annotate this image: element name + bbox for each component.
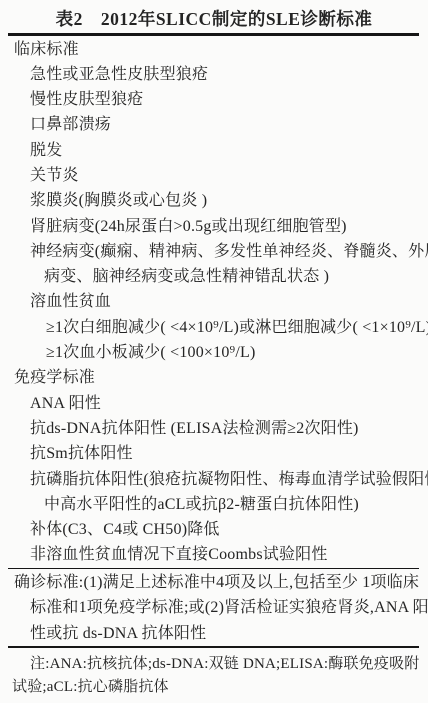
criteria-row-continued: 中高水平阳性的aCL或抗β2-糖蛋白抗体阳性) [0,492,428,517]
criteria-row: 抗ds-DNA抗体阳性 (ELISA法检测需≥2次阳性) [0,416,428,441]
criteria-row: 抗Sm抗体阳性 [0,441,428,466]
section-header-clinical: 临床标准 [0,37,428,62]
note-line: 注:ANA:抗核抗体;ds-DNA:双链 DNA;ELISA:酶联免疫吸附 [0,653,428,676]
section-header-immunology: 免疫学标准 [0,365,428,390]
criteria-row: ANA 阳性 [0,391,428,416]
abbreviation-note: 注:ANA:抗核抗体;ds-DNA:双链 DNA;ELISA:酶联免疫吸附 试验… [0,648,428,699]
criteria-row: 脱发 [0,138,428,163]
journal-table-page: 表2 2012年SLICC制定的SLE诊断标准 临床标准 急性或亚急性皮肤型狼疮… [0,0,428,703]
criteria-body: 临床标准 急性或亚急性皮肤型狼疮 慢性皮肤型狼疮 口鼻部溃疡 脱发 关节炎 浆膜… [0,36,428,568]
criteria-row-continued: 病变、脑神经病变或急性精神错乱状态 ) [0,264,428,289]
criteria-row: 慢性皮肤型狼疮 [0,87,428,112]
criteria-row: 抗磷脂抗体阳性(狼疮抗凝物阳性、梅毒血清学试验假阳性、 [0,467,428,492]
criteria-row: 浆膜炎(胸膜炎或心包炎 ) [0,188,428,213]
criteria-row: 口鼻部溃疡 [0,112,428,137]
criteria-row: 关节炎 [0,163,428,188]
criteria-row: 神经病变(癫痫、精神病、多发性单神经炎、脊髓炎、外周神经 [0,239,428,264]
table-title: 表2 2012年SLICC制定的SLE诊断标准 [0,7,428,31]
confirmation-line: 标准和1项免疫学标准;或(2)肾活检证实狼疮肾炎,ANA 阳 [0,595,428,620]
criteria-row: 非溶血性贫血情况下直接Coombs试验阳性 [0,542,428,567]
confirmation-line: 性或抗 ds-DNA 抗体阳性 [0,621,428,646]
criteria-row: 补体(C3、C4或 CH50)降低 [0,517,428,542]
criteria-row: 溶血性贫血 [0,289,428,314]
note-line: 试验;aCL:抗心磷脂抗体 [0,676,428,699]
criteria-subrow: ≥1次白细胞减少( <4×10⁹/L)或淋巴细胞减少( <1×10⁹/L) [0,315,428,340]
criteria-row: 急性或亚急性皮肤型狼疮 [0,62,428,87]
confirmation-line: 确诊标准:(1)满足上述标准中4项及以上,包括至少 1项临床 [0,570,428,595]
criteria-subrow: ≥1次血小板减少( <100×10⁹/L) [0,340,428,365]
confirmation-criteria: 确诊标准:(1)满足上述标准中4项及以上,包括至少 1项临床 标准和1项免疫学标… [0,569,428,646]
criteria-row: 肾脏病变(24h尿蛋白>0.5g或出现红细胞管型) [0,214,428,239]
